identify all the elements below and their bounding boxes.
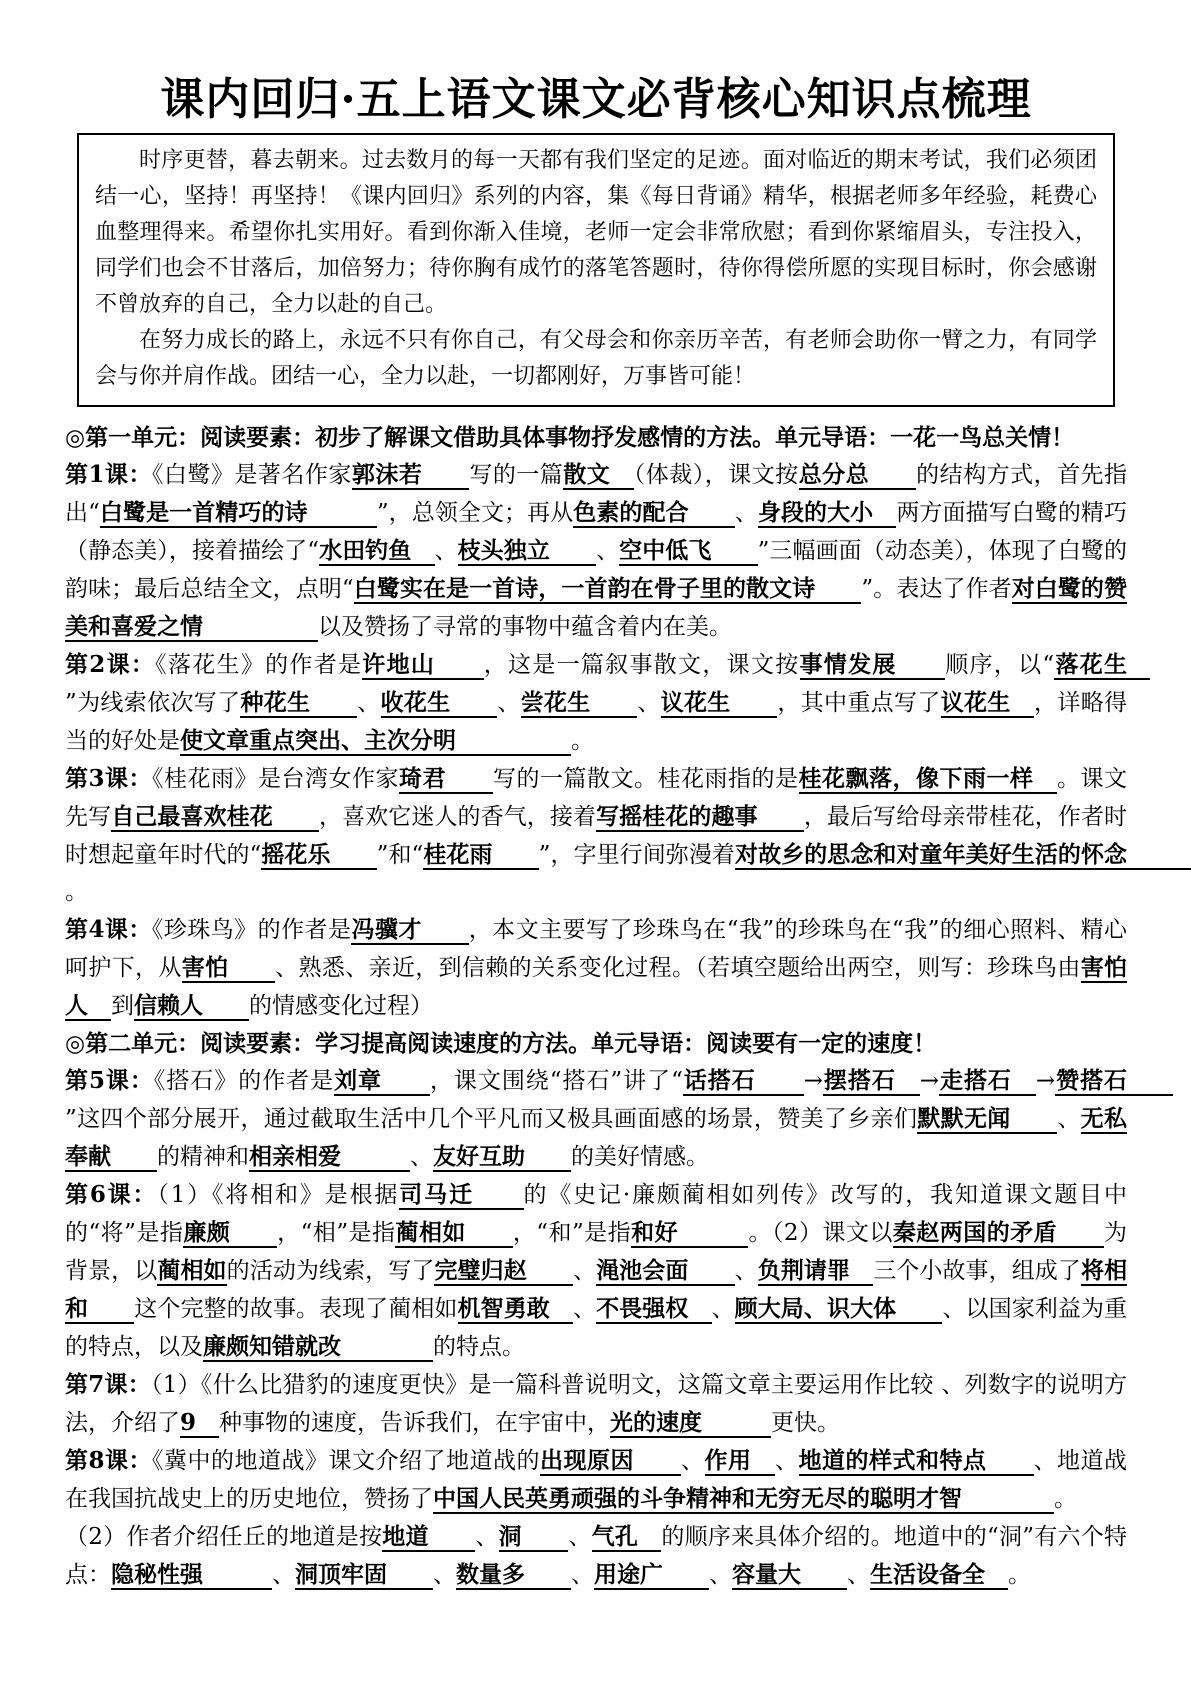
- bold-label: 第4课：: [65, 916, 152, 943]
- blank-answer: 中国人民英勇顽强的斗争精神和无穷无尽的聪明才智: [433, 1485, 1054, 1514]
- unit-2-header: ◎第二单元：阅读要素：学习提高阅读速度的方法。单元导语：阅读要有一定的速度！: [65, 1025, 1127, 1062]
- blank-answer: 司马迁: [399, 1181, 523, 1210]
- blank-answer: 走搭石: [939, 1067, 1036, 1096]
- text-run: 、: [573, 1296, 596, 1322]
- blank-answer: 秦赵两国的矛盾: [893, 1219, 1104, 1248]
- blank-answer: 容量大: [732, 1561, 847, 1590]
- text-run: 、: [709, 1562, 732, 1588]
- text-run: 以及赞扬了寻常的事物中蕴含着内在美。: [318, 614, 732, 640]
- blank-answer: 用途广: [594, 1561, 709, 1590]
- text-run: ，喜欢它迷人的香气，接着: [319, 804, 596, 830]
- text-run: 三个小故事，组成了: [873, 1258, 1081, 1284]
- blank-answer: 白鹭是一首精巧的诗: [100, 499, 377, 528]
- blank-answer: 水田钓鱼: [319, 537, 434, 566]
- text-run: ”。表达了作者: [861, 576, 1011, 602]
- text-run: →: [1036, 1068, 1055, 1094]
- text-run: 。: [1054, 1486, 1077, 1512]
- document-page: 课内回归·五上语文课文必背核心知识点梳理 时序更替，暮去朝来。过去数月的每一天都…: [0, 0, 1191, 1684]
- text-run: 、: [735, 500, 758, 526]
- intro-paragraph-2: 在努力成长的路上，永远不只有你自己，有父母会和你亲历辛苦，有老师会助你一臂之力，…: [95, 323, 1097, 395]
- text-run: ”这四个部分展开，通过截取生活中几个平凡而又极具画面感的场景，赞美了乡亲们: [65, 1106, 917, 1132]
- text-run: 的情感变化过程）: [249, 993, 433, 1019]
- text-run: →: [920, 1068, 939, 1094]
- text-run: →: [804, 1068, 823, 1094]
- lessons-content: ◎第一单元：阅读要素：初步了解课文借助具体事物抒发感情的方法。单元导语：一花一鸟…: [65, 419, 1127, 1594]
- lesson-2-paragraph: 第2课：《落花生》的作者是许地山 ，这是一篇叙事散文，课文按事情发展 顺序，以“…: [65, 646, 1127, 760]
- text-run: ，课文围绕“搭石”讲了“: [430, 1068, 683, 1094]
- blank-answer: 写摇桂花的趣事: [596, 803, 804, 832]
- lesson-4-paragraph: 第4课：《珍珠鸟》的作者是冯骥才 ，本文主要写了珍珠鸟在“我”的珍珠鸟在“我”的…: [65, 911, 1127, 1025]
- lesson-5-paragraph: 第5课：《搭石》的作者是刘章 ，课文围绕“搭石”讲了“话搭石 →摆搭石 →走搭石…: [65, 1062, 1127, 1176]
- text-run: 、: [637, 690, 660, 716]
- text-run: 的精神和: [157, 1144, 249, 1170]
- blank-answer: 9: [180, 1409, 219, 1438]
- blank-answer: 生活设备全: [870, 1561, 1008, 1590]
- blank-answer: 机智勇敢: [458, 1295, 573, 1324]
- blank-answer: 隐秘性强: [111, 1561, 272, 1590]
- text-run: ，这是一篇叙事散文，课文按: [484, 652, 800, 678]
- lesson-7-paragraph: 第7课：（1）《什么比猎豹的速度更快》是一篇科普说明文，这篇文章主要运用作比较 …: [65, 1366, 1127, 1442]
- bold-label: 第1课：: [65, 461, 152, 488]
- blank-answer: 摇花乐: [261, 841, 376, 870]
- blank-answer: 蔺相如: [157, 1257, 226, 1286]
- lesson-8-part-2-paragraph: （2）作者介绍任丘的地道是按地道 、洞 、气孔 的顺序来具体介绍的。地道中的“洞…: [65, 1518, 1127, 1594]
- text-run: 、: [568, 1524, 591, 1550]
- blank-answer: 对故乡的思念和对童年美好生活的怀念: [735, 841, 1191, 870]
- lesson-8-paragraph: 第8课：《冀中的地道战》课文介绍了地道战的出现原因 、作用 、地道的样式和特点 …: [65, 1442, 1127, 1518]
- text-run: 、: [775, 1448, 799, 1474]
- text-run: （体裁），课文按: [634, 462, 799, 488]
- bold-label: 第2课：: [65, 651, 155, 678]
- blank-answer: 桂花飘落，像下雨一样: [799, 765, 1058, 794]
- intro-paragraph-1: 时序更替，暮去朝来。过去数月的每一天都有我们坚定的足迹。面对临近的期末考试，我们…: [95, 143, 1097, 323]
- lesson-6-paragraph: 第6课：（1）《将相和》是根据司马迁 的《史记·廉颇蔺相如列传》改写的，我知道课…: [65, 1176, 1127, 1366]
- lesson-3-paragraph: 第3课：《桂花雨》是台湾女作家琦君 写的一篇散文。桂花雨指的是桂花飘落，像下雨一…: [65, 760, 1127, 911]
- text-run: 、: [735, 1258, 758, 1284]
- blank-answer: 负荆请罪: [758, 1257, 873, 1286]
- blank-answer: 事情发展: [800, 651, 946, 680]
- text-run: ”为线索依次写了: [65, 690, 240, 716]
- text-run: 、: [571, 1562, 594, 1588]
- blank-answer: 色素的配合: [573, 499, 735, 528]
- text-run: 、: [272, 1562, 295, 1588]
- blank-answer: 身段的大小: [758, 499, 896, 528]
- text-run: 写的一篇: [469, 462, 563, 488]
- text-run: ，“相”是指: [277, 1220, 395, 1246]
- text-run: 的特点。: [433, 1334, 525, 1360]
- lesson-1-paragraph: 第1课：《白鹭》是著名作家郭沫若 写的一篇散文 （体裁），课文按总分总 的结构方…: [65, 456, 1127, 646]
- blank-answer: 郭沫若: [352, 461, 469, 490]
- text-run: ”，字里行间弥漫着: [539, 842, 735, 868]
- text-run: 这个完整的故事。表现了蔺相如: [134, 1296, 457, 1322]
- bold-label: 第7课：: [65, 1371, 151, 1398]
- blank-answer: 枝头独立: [458, 537, 596, 566]
- text-run: 、: [410, 1144, 433, 1170]
- text-run: 、: [433, 1562, 456, 1588]
- blank-answer: 白鹭实在是一首诗，一首韵在骨子里的散文诗: [354, 575, 862, 604]
- blank-answer: 散文: [563, 461, 633, 490]
- text-run: 、: [497, 690, 520, 716]
- text-run: 《搭石》的作者是: [154, 1068, 334, 1094]
- blank-answer: 桂花雨: [423, 841, 538, 870]
- blank-answer: 廉颇: [183, 1219, 277, 1248]
- text-run: （1）《将相和》是根据: [157, 1182, 399, 1208]
- text-run: 。: [1008, 1562, 1031, 1588]
- page-title: 课内回归·五上语文课文必背核心知识点梳理: [65, 72, 1127, 127]
- blank-answer: 地道的样式和特点: [799, 1447, 1034, 1476]
- text-run: 种事物的速度，告诉我们，在宇宙中，: [219, 1410, 610, 1436]
- text-run: 《冀中的地道战》课文介绍了地道战的: [152, 1448, 540, 1474]
- text-run: ”，总领全文；再从: [377, 500, 573, 526]
- text-run: 更快。: [771, 1410, 840, 1436]
- blank-answer: 洞顶牢固: [295, 1561, 433, 1590]
- text-run: 写的一篇散文。桂花雨指的是: [493, 766, 799, 792]
- text-run: （2）作者介绍任丘的地道是按: [65, 1524, 382, 1550]
- text-run: 、: [847, 1562, 870, 1588]
- blank-answer: 廉颇知错就改: [203, 1333, 433, 1362]
- intro-box: 时序更替，暮去朝来。过去数月的每一天都有我们坚定的足迹。面对临近的期末考试，我们…: [77, 133, 1115, 407]
- blank-answer: 自己最喜欢桂花: [111, 803, 319, 832]
- text-run: 到: [111, 993, 134, 1019]
- blank-answer: 落花生: [1054, 651, 1150, 680]
- blank-answer: 数量多: [456, 1561, 571, 1590]
- text-run: 。: [571, 728, 594, 754]
- text-run: 、: [435, 538, 458, 564]
- blank-answer: 议花生: [661, 689, 778, 718]
- blank-answer: 空中低飞: [619, 537, 757, 566]
- blank-answer: 收花生: [381, 689, 498, 718]
- blank-answer: 总分总: [799, 461, 916, 490]
- blank-answer: 信赖人: [134, 992, 249, 1021]
- text-run: 、: [357, 690, 380, 716]
- text-run: 的活动为线索，写了: [227, 1258, 435, 1284]
- blank-answer: 作用: [705, 1447, 776, 1476]
- blank-answer: 完璧归赵: [434, 1257, 573, 1286]
- text-run: ，“和”是指: [513, 1220, 631, 1246]
- blank-answer: 顾大局、识大体: [735, 1295, 943, 1324]
- blank-answer: 使文章重点突出、主次分明: [180, 727, 571, 756]
- blank-answer: 尝花生: [521, 689, 638, 718]
- text-run: 、: [1057, 1106, 1080, 1132]
- text-run: 、: [596, 538, 619, 564]
- blank-answer: 话搭石: [683, 1067, 804, 1096]
- blank-answer: 种花生: [240, 689, 357, 718]
- text-run: 、熟悉、亲近，到信赖的关系变化过程。（若填空题给出两空，则写：珍珠鸟由: [275, 955, 1081, 981]
- text-run: 的美好情感。: [571, 1144, 709, 1170]
- blank-answer: 出现原因: [540, 1447, 681, 1476]
- text-run: 、: [712, 1296, 735, 1322]
- blank-answer: 刘章: [334, 1067, 430, 1096]
- blank-answer: 琦君: [399, 765, 493, 794]
- blank-answer: 气孔: [592, 1523, 662, 1552]
- bold-label: 第5课：: [65, 1067, 154, 1094]
- bold-label: ◎第一单元：阅读要素：初步了解课文借助具体事物抒发感情的方法。单元导语：一花一鸟…: [65, 424, 1074, 451]
- blank-answer: 赞搭石: [1055, 1067, 1173, 1096]
- blank-answer: 摆搭石: [823, 1067, 920, 1096]
- blank-answer: 默默无闻: [917, 1105, 1057, 1134]
- bold-label: ◎第二单元：阅读要素：学习提高阅读速度的方法。单元导语：阅读要有一定的速度！: [65, 1030, 936, 1057]
- text-run: 、: [475, 1524, 498, 1550]
- blank-answer: 议花生: [941, 689, 1034, 718]
- blank-answer: 不畏强权: [596, 1295, 711, 1324]
- blank-answer: 友好互助: [433, 1143, 571, 1172]
- blank-answer: 洞: [499, 1523, 569, 1552]
- blank-answer: 相亲相爱: [249, 1143, 410, 1172]
- blank-answer: 许地山: [362, 651, 483, 680]
- text-run: 。: [65, 879, 88, 905]
- unit-1-header: ◎第一单元：阅读要素：初步了解课文借助具体事物抒发感情的方法。单元导语：一花一鸟…: [65, 419, 1127, 456]
- text-run: 、: [681, 1448, 705, 1474]
- text-run: ”和“: [377, 842, 424, 868]
- blank-answer: 蔺相如: [395, 1219, 512, 1248]
- bold-label: 第8课：: [65, 1447, 152, 1474]
- text-run: 《珍珠鸟》的作者是: [152, 917, 352, 943]
- blank-answer: 冯骥才: [351, 916, 468, 945]
- bold-label: 第6课：: [65, 1181, 157, 1208]
- text-run: 《落花生》的作者是: [155, 652, 362, 678]
- blank-answer: 光的速度: [610, 1409, 771, 1438]
- text-run: 、: [573, 1258, 596, 1284]
- text-run: 《桂花雨》是台湾女作家: [152, 766, 399, 792]
- blank-answer: 渑池会面: [596, 1257, 735, 1286]
- text-run: 《白鹭》是著名作家: [152, 462, 352, 488]
- blank-answer: 和好: [631, 1219, 748, 1248]
- text-run: 。（2）课文以: [748, 1220, 892, 1246]
- bold-label: 第3课：: [65, 765, 152, 792]
- blank-answer: 害怕: [182, 954, 275, 983]
- text-run: ，其中重点写了: [777, 690, 940, 716]
- blank-answer: 地道: [382, 1523, 475, 1552]
- text-run: 顺序，以“: [945, 652, 1054, 678]
